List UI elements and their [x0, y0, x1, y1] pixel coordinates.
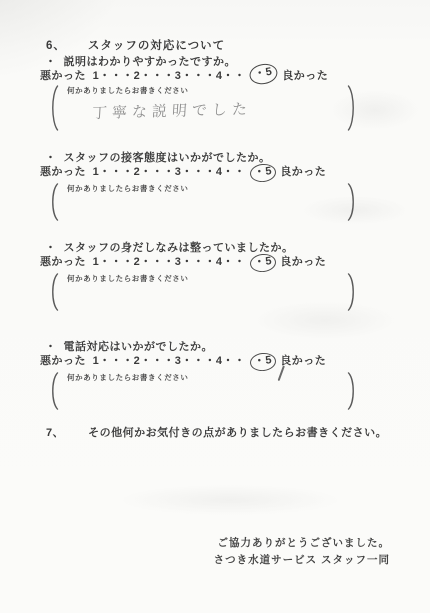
close-bracket [346, 183, 358, 221]
rating-scale: 悪かった 1・・・2・・・3・・・4・・・5 良かった [40, 352, 329, 371]
comment-prompt-label: 何かありましたらお書きください [67, 85, 189, 96]
scale-numbers: 1・・・2・・・3・・・4・・ [93, 166, 246, 178]
open-bracket [48, 273, 60, 311]
rating-scale: 悪かった 1・・・2・・・3・・・4・・・5 良かった [40, 163, 329, 182]
comment-prompt-label: 何かありましたらお書きください [67, 372, 189, 383]
closing-thanks: ご協力ありがとうございました。 [214, 535, 390, 552]
close-bracket [346, 273, 358, 311]
comment-prompt-label: 何かありましたらお書きください [67, 273, 189, 284]
handwritten-comment: 丁寧な説明でした [91, 98, 252, 123]
section-number: 7、 [46, 427, 64, 439]
rating-scale: 悪かった 1・・・2・・・3・・・4・・・5 良かった [40, 253, 329, 272]
close-bracket [346, 372, 358, 410]
scale-low-label: 悪かった [40, 355, 86, 367]
scan-artifact [120, 485, 340, 515]
section-6-heading: 6、スタッフの対応について [46, 37, 225, 53]
scale-high-label: 良かった [280, 166, 326, 178]
scale-high-label: 良かった [280, 355, 326, 367]
section-7-heading: 7、その他何かお気付きの点がありましたらお書きください。 [46, 424, 387, 440]
comment-area: 何かありましたらお書きください [40, 182, 370, 222]
selected-rating-circle: ・5 [248, 62, 279, 87]
selected-rating-value: ・5 [253, 255, 272, 269]
comment-area: 何かありましたらお書きください [40, 272, 370, 312]
comment-prompt-label: 何かありましたらお書きください [67, 183, 189, 194]
section-text: その他何かお気付きの点がありましたらお書きください。 [88, 427, 387, 439]
selected-rating-value: ・5 [253, 354, 272, 368]
close-bracket [346, 85, 358, 131]
scale-numbers: 1・・・2・・・3・・・4・・ [93, 70, 246, 82]
comment-area: 何かありましたらお書きください [40, 371, 370, 411]
scale-low-label: 悪かった [40, 70, 86, 82]
scale-high-label: 良かった [280, 256, 326, 268]
selected-rating-value: ・5 [253, 66, 273, 81]
scanned-survey-page: 6、スタッフの対応について ・説明はわかりやすかったですか。 悪かった 1・・・… [0, 0, 430, 613]
scale-high-label: 良かった [282, 70, 328, 82]
closing-block: ご協力ありがとうございました。 さつき水道サービス スタッフ一同 [214, 535, 390, 568]
closing-signature: さつき水道サービス スタッフ一同 [214, 552, 390, 569]
scale-low-label: 悪かった [40, 256, 86, 268]
selected-rating-circle: ・5 [249, 253, 277, 274]
selected-rating-value: ・5 [253, 165, 272, 179]
open-bracket [48, 85, 60, 131]
open-bracket [48, 372, 60, 410]
section-title: スタッフの対応について [88, 40, 225, 52]
section-number: 6、 [46, 40, 66, 52]
selected-rating-circle: ・5 [249, 163, 277, 184]
open-bracket [48, 183, 60, 221]
scale-numbers: 1・・・2・・・3・・・4・・ [93, 355, 246, 367]
scale-low-label: 悪かった [40, 166, 86, 178]
comment-area: 何かありましたらお書きください 丁寧な説明でした [40, 84, 370, 132]
selected-rating-circle: ・5 [249, 352, 277, 373]
scale-numbers: 1・・・2・・・3・・・4・・ [93, 256, 246, 268]
